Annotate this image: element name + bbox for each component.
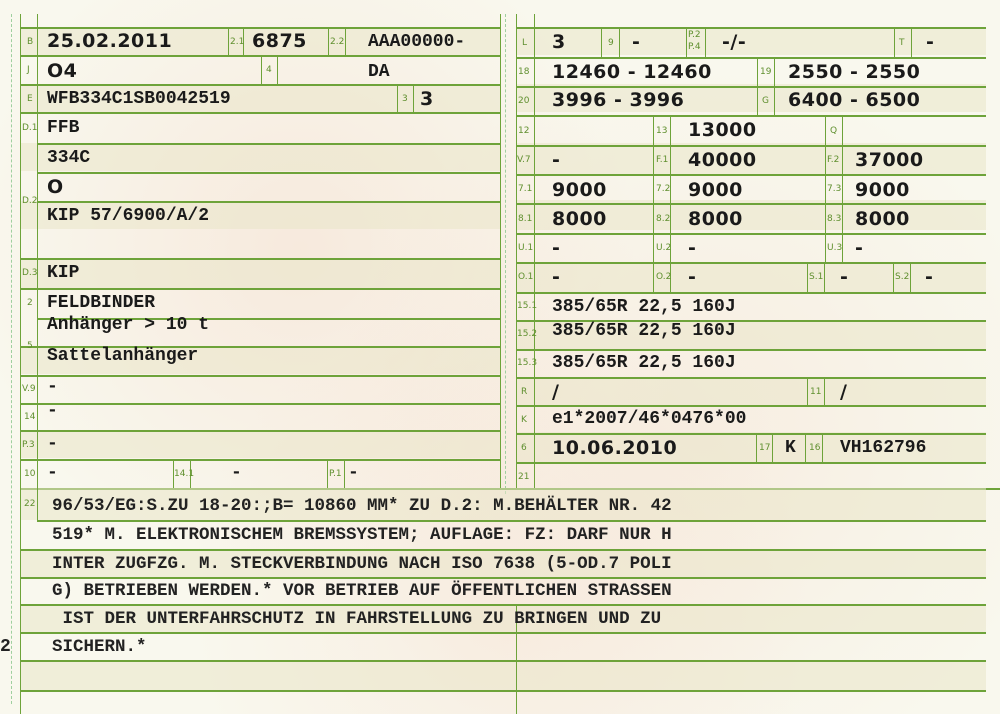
field-label-5: 5: [27, 341, 33, 351]
field-label-14: 14: [24, 412, 35, 422]
field-label-14-1: 14.1: [174, 469, 194, 479]
vehicle-class-line-2: Sattelanhänger: [47, 345, 198, 367]
color-code: /: [840, 381, 847, 403]
standing-places: -: [925, 266, 933, 288]
body-code: DA: [368, 61, 390, 83]
field-label-s2: S.2: [895, 272, 909, 282]
max-speed: -: [926, 31, 934, 53]
support-load: 13000: [688, 119, 757, 141]
field-label-22: 22: [24, 499, 35, 509]
field-label-r: R: [521, 387, 527, 397]
document-number: VH162796: [840, 437, 926, 459]
field-label-2: 2: [27, 298, 33, 308]
max-permitted-mass: 37000: [855, 149, 924, 171]
axle-load-tech-2: 9000: [688, 179, 743, 201]
emission-code-2: -: [231, 462, 242, 484]
vin: WFB334C1SB0042519: [47, 88, 231, 110]
field-label-7-2: 7.2: [656, 184, 670, 194]
length-range: 12460 - 12460: [552, 61, 712, 83]
field-label-o2: O.2: [656, 272, 671, 282]
field-label-15-3: 15.3: [517, 358, 537, 368]
remarks-line-1: 96/53/EG:S.ZU 18-20:;B= 10860 MM* ZU D.2…: [52, 496, 672, 516]
axle-load-permitted-2: 8000: [688, 208, 743, 230]
field-label-p4: P.4: [688, 42, 701, 52]
field-label-s1: S.1: [809, 272, 823, 282]
engine-speed-noise: -: [688, 237, 696, 259]
field-label-10: 10: [24, 469, 35, 479]
axle-load-tech-3: 9000: [855, 179, 910, 201]
field-label-f2: F.2: [827, 155, 839, 165]
field-label-b: B: [27, 37, 33, 47]
field-label-e: E: [27, 94, 33, 104]
field-label-p3: P.3: [22, 440, 35, 450]
empty-mass-range: 6400 - 6500: [788, 89, 920, 111]
field-label-17: 17: [759, 443, 770, 453]
field-label-q: Q: [830, 126, 837, 136]
remarks-line-6: SICHERN.*: [52, 637, 147, 657]
field-label-12: 12: [518, 126, 529, 136]
field-label-3: 3: [402, 94, 408, 104]
remarks-line-5: IST DER UNTERFAHRSCHUTZ IN FAHRSTELLUNG …: [52, 609, 661, 629]
type-approval-date: 10.06.2010: [552, 437, 677, 459]
field-label-15-2: 15.2: [517, 329, 537, 339]
max-technical-mass: 40000: [688, 149, 757, 171]
field-label-v9: V.9: [22, 384, 36, 394]
seats: -: [840, 266, 848, 288]
field-label-k: K: [521, 415, 527, 425]
field-label-g: G: [762, 96, 769, 106]
field-label-4: 4: [266, 65, 272, 75]
towing-unbraked: -: [688, 266, 696, 288]
remarks-line-4: G) BETRIEBEN WERDEN.* VOR BETRIEB AUF ÖF…: [52, 581, 672, 601]
field-label-u3: U.3: [827, 243, 842, 253]
axles-count: 3: [552, 31, 566, 53]
axle-load-tech-1: 9000: [552, 179, 607, 201]
remarks-line-3: INTER ZUGFZG. M. STECKVERBINDUNG NACH IS…: [52, 554, 672, 574]
towing-braked: -: [552, 266, 560, 288]
registration-date: 25.02.2011: [47, 30, 172, 52]
field-label-l: L: [522, 38, 527, 48]
color: /: [552, 381, 559, 403]
power-rpm: -/-: [722, 31, 746, 53]
commercial-name: KIP: [47, 262, 79, 284]
height-range: 3996 - 3996: [552, 89, 684, 111]
field-label-u2: U.2: [656, 243, 671, 253]
width-range: 2550 - 2550: [788, 61, 920, 83]
stationary-noise: -: [552, 237, 560, 259]
field-label-7-3: 7.3: [827, 184, 841, 194]
field-label-o1: O.1: [518, 272, 533, 282]
manufacturer-code: 6875: [252, 30, 307, 52]
vin-check-digit: 3: [420, 88, 434, 110]
axle-load-permitted-1: 8000: [552, 208, 607, 230]
type-line-1: 334C: [47, 147, 90, 169]
field-label-19: 19: [760, 67, 771, 77]
field-label-v7: V.7: [517, 155, 531, 165]
field-label-t: T: [899, 38, 905, 48]
remarks-line-2: 519* M. ELEKTRONISCHEM BREMSSYSTEM; AUFL…: [52, 525, 672, 545]
drive-by-noise: -: [855, 237, 863, 259]
emission-code: -: [47, 462, 58, 484]
field-label-20: 20: [518, 96, 529, 106]
engine-displacement: -: [47, 433, 58, 455]
type-line-3: KIP 57/6900/A/2: [47, 205, 209, 227]
field-label-8-3: 8.3: [827, 214, 841, 224]
field-label-21: 21: [518, 472, 529, 482]
field-label-p1: P.1: [329, 469, 342, 479]
type-code: AAA00000-: [368, 31, 465, 53]
center-fold-guide: [505, 14, 506, 494]
manufacturer-name: FELDBINDER: [47, 292, 155, 314]
field-label-u1: U.1: [518, 243, 533, 253]
field-label-15-1: 15.1: [517, 301, 537, 311]
co2-emission: -: [552, 149, 560, 171]
field-label-d3: D.3: [22, 268, 38, 278]
field-label-16: 16: [809, 443, 820, 453]
field-label-9: 9: [608, 38, 614, 48]
rated-power: -: [348, 462, 359, 484]
field-label-d1: D.1: [22, 123, 38, 133]
axle-load-permitted-3: 8000: [855, 208, 910, 230]
tyre-axle-3: 385/65R 22,5 160J: [552, 352, 736, 374]
field-label-p2: P.2: [688, 30, 701, 40]
emission-class: -: [47, 376, 58, 398]
vehicle-class: O4: [47, 60, 77, 82]
type-approval-number: e1*2007/46*0476*00: [552, 408, 746, 430]
field-label-d2: D.2: [22, 196, 38, 206]
operating-status: K: [785, 437, 796, 459]
vehicle-class-line-1: Anhänger > 10 t: [47, 314, 209, 336]
field-label-7-1: 7.1: [518, 184, 532, 194]
type-line-2: O: [47, 176, 64, 198]
field-label-8-2: 8.2: [656, 214, 670, 224]
field-label-2-1: 2.1: [230, 37, 244, 47]
field-label-18: 18: [518, 67, 529, 77]
driven-axles: -: [632, 31, 640, 53]
emission-designation: -: [47, 400, 58, 422]
field-label-8-1: 8.1: [518, 214, 532, 224]
field-label-j: J: [27, 65, 30, 75]
field-label-11: 11: [810, 387, 821, 397]
brand: FFB: [47, 117, 79, 139]
tyre-axle-1: 385/65R 22,5 160J: [552, 296, 736, 318]
field-label-13: 13: [656, 126, 667, 136]
field-label-f1: F.1: [656, 155, 668, 165]
field-label-6: 6: [521, 443, 527, 453]
edge-mark: 2: [0, 637, 11, 657]
tyre-axle-2: 385/65R 22,5 160J: [552, 320, 736, 342]
field-label-2-2: 2.2: [330, 37, 344, 47]
margin-guide: [11, 14, 12, 704]
